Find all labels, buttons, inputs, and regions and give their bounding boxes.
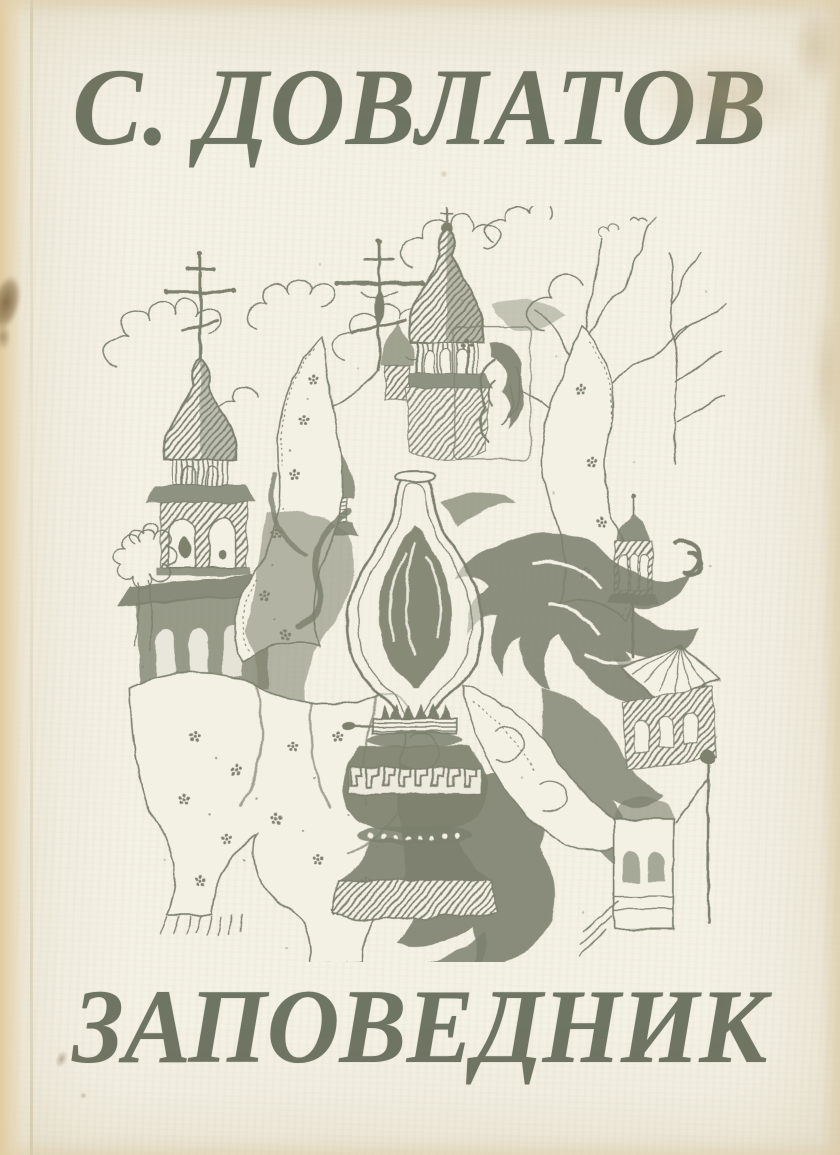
- author-title: С. ДОВЛАТОВ: [21, 52, 819, 162]
- bird-icon: [630, 218, 646, 221]
- paper-aging-right-edge: [822, 0, 840, 1155]
- paper-speck-top: [440, 170, 448, 178]
- paper-smudge-right-edge: [812, 300, 840, 450]
- paper-aging-top-edge: [0, 0, 840, 16]
- book-cover: С. ДОВЛАТОВ: [0, 0, 840, 1155]
- cover-illustration: [102, 206, 738, 962]
- paper-stain-spine: [0, 263, 32, 344]
- paper-aging-bottom-edge: [0, 1141, 840, 1155]
- paper-stain-spine-small: [0, 324, 11, 350]
- paper-speck-small: [80, 1092, 87, 1099]
- central-church-dome: [381, 208, 494, 460]
- book-title: ЗАПОВЕДНИК: [21, 974, 819, 1080]
